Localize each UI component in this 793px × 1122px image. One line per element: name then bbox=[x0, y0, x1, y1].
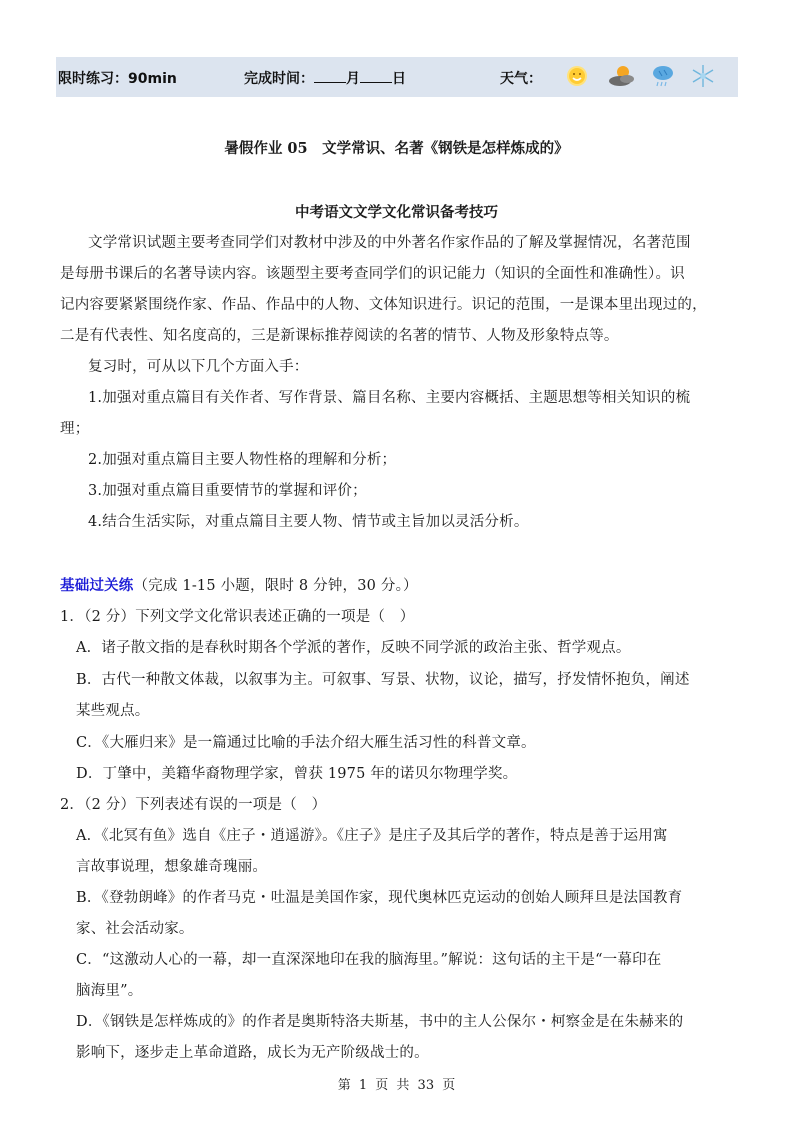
intro-line: 是每册书课后的名著导读内容。该题型主要考查同学们的识记能力（知识的全面性和准确性… bbox=[60, 264, 740, 284]
question-1-option-b[interactable]: B．古代一种散文体裁，以叙事为主。可叙事、写景、状物，议论，描写，抒发情怀抱负，… bbox=[76, 670, 756, 690]
time-limit-label: 限时练习：90min bbox=[58, 68, 177, 88]
question-1-option-a[interactable]: A．诸子散文指的是春秋时期各个学派的著作，反映不同学派的政治主张、哲学观点。 bbox=[76, 638, 756, 658]
month-blank bbox=[314, 69, 346, 83]
question-2-option-a[interactable]: A．《北冥有鱼》选自《庄子・逍遥游》。《庄子》是庄子及其后学的著作，特点是善于运… bbox=[76, 826, 756, 846]
review-intro: 复习时，可从以下几个方面入手： bbox=[88, 357, 768, 377]
partly-cloudy-icon bbox=[606, 63, 636, 89]
page-footer: 第 1 页 共 33 页 bbox=[0, 1074, 793, 1093]
doc-title: 暑假作业 05 文学常识、名著《钢铁是怎样炼成的》 bbox=[0, 137, 793, 158]
rain-cloud-icon bbox=[650, 63, 676, 89]
practice-header: 基础过关练（完成 1-15 小题，限时 8 分钟，30 分。） bbox=[60, 576, 740, 596]
header-band: 限时练习：90min 完成时间：月日 天气： bbox=[56, 57, 738, 97]
section-title: 中考语文文学文化常识备考技巧 bbox=[0, 201, 793, 222]
completion-time: 完成时间：月日 bbox=[244, 68, 406, 88]
question-2-option-c-cont: 脑海里”。 bbox=[76, 981, 756, 1001]
weather-label: 天气： bbox=[500, 68, 542, 88]
sunny-icon bbox=[564, 63, 590, 89]
question-1-option-d[interactable]: D．丁肇中，美籍华裔物理学家，曾获 1975 年的诺贝尔物理学奖。 bbox=[76, 764, 756, 784]
day-label: 日 bbox=[392, 71, 406, 87]
tip-3: 3.加强对重点篇目重要情节的掌握和评价； bbox=[88, 481, 768, 501]
tip-4: 4.结合生活实际，对重点篇目主要人物、情节或主旨加以灵活分析。 bbox=[88, 512, 768, 532]
question-2-option-b-cont: 家、社会活动家。 bbox=[76, 919, 756, 939]
question-2-option-d[interactable]: D．《钢铁是怎样炼成的》的作者是奥斯特洛夫斯基，书中的主人公保尔・柯察金是在朱赫… bbox=[76, 1012, 756, 1032]
question-2-option-c[interactable]: C．“这激动人心的一幕，却一直深深地印在我的脑海里。”解说：这句话的主干是“一幕… bbox=[76, 950, 756, 970]
question-1-option-b-cont: 某些观点。 bbox=[76, 701, 756, 721]
question-2-option-d-cont: 影响下，逐步走上革命道路，成长为无产阶级战士的。 bbox=[76, 1043, 756, 1063]
day-blank bbox=[360, 69, 392, 83]
tip-1-cont: 理； bbox=[60, 419, 740, 439]
question-2-stem: 2．（2 分）下列表述有误的一项是（ ） bbox=[60, 795, 740, 815]
intro-line: 记内容要紧紧围绕作家、作品、作品中的人物、文体知识进行。识记的范围，一是课本里出… bbox=[60, 295, 740, 315]
completion-label: 完成时间： bbox=[244, 71, 314, 87]
question-1-option-c[interactable]: C．《大雁归来》是一篇通过比喻的手法介绍大雁生活习性的科普文章。 bbox=[76, 733, 756, 753]
intro-line: 二是有代表性、知名度高的，三是新课标推荐阅读的名著的情节、人物及形象特点等。 bbox=[60, 326, 740, 346]
practice-heading: 基础过关练 bbox=[60, 577, 134, 594]
question-2-option-a-cont: 言故事说理，想象雄奇瑰丽。 bbox=[76, 857, 756, 877]
question-1-stem: 1．（2 分）下列文学文化常识表述正确的一项是（ ） bbox=[60, 607, 740, 627]
tip-1: 1.加强对重点篇目有关作者、写作背景、篇目名称、主要内容概括、主题思想等相关知识… bbox=[88, 388, 768, 408]
practice-instruction: （完成 1-15 小题，限时 8 分钟，30 分。） bbox=[134, 578, 418, 594]
month-label: 月 bbox=[346, 71, 360, 87]
intro-line: 文学常识试题主要考查同学们对教材中涉及的中外著名作家作品的了解及掌握情况，名著范… bbox=[88, 233, 768, 253]
question-2-option-b[interactable]: B．《登勃朗峰》的作者马克・吐温是美国作家，现代奥林匹克运动的创始人顾拜旦是法国… bbox=[76, 888, 756, 908]
tip-2: 2.加强对重点篇目主要人物性格的理解和分析； bbox=[88, 450, 768, 470]
snowflake-icon bbox=[690, 63, 716, 89]
